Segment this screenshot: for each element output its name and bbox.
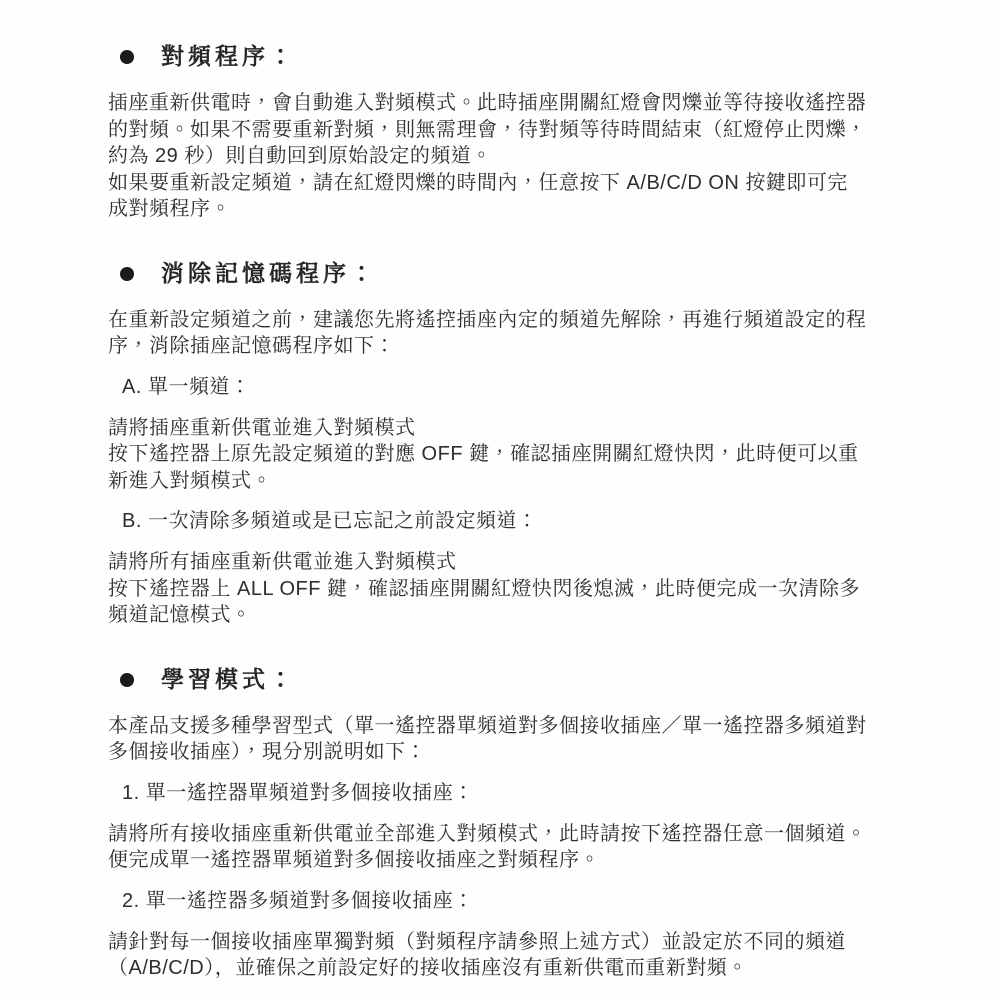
section-title: 學習模式： xyxy=(161,665,296,695)
subsection-body-b: 請將所有插座重新供電並進入對頻模式 按下遙控器上 ALL OFF 鍵，確認插座開… xyxy=(108,549,908,629)
body-line: 多個接收插座），現分別説明如下： xyxy=(108,739,908,766)
body-line: 約為 29 秒）則自動回到原始設定的頻道。 xyxy=(108,143,908,170)
body-line: 插座重新供電時，會自動進入對頻模式。此時插座開關紅燈會閃爍並等待接收遙控器 xyxy=(108,90,908,117)
subsection-body-1: 請將所有接收插座重新供電並全部進入對頻模式，此時請按下遙控器任意一個頻道。 便完… xyxy=(108,821,908,874)
section-pairing-procedure: 對頻程序： 插座重新供電時，會自動進入對頻模式。此時插座開關紅燈會閃爍並等待接收… xyxy=(108,42,908,223)
bullet-icon xyxy=(120,673,134,687)
subsection-label-a: A. 單一頻道： xyxy=(108,374,908,400)
section-intro: 在重新設定頻道之前，建議您先將遙控插座內定的頻道先解除，再進行頻道設定的程 序，… xyxy=(108,307,908,360)
section-heading-row: 消除記憶碼程序： xyxy=(120,259,908,289)
body-line: 便完成單一遙控器單頻道對多個接收插座之對頻程序。 xyxy=(108,847,908,874)
body-line: 本產品支援多種學習型式（單一遙控器單頻道對多個接收插座／單一遙控器多頻道對 xyxy=(108,713,908,740)
body-line: 按下遙控器上原先設定頻道的對應 OFF 鍵，確認插座開關紅燈快閃，此時便可以重 xyxy=(108,441,908,468)
body-line: 請將所有插座重新供電並進入對頻模式 xyxy=(108,549,908,576)
section-title: 消除記憶碼程序： xyxy=(161,259,377,289)
subsection-body-a: 請將插座重新供電並進入對頻模式 按下遙控器上原先設定頻道的對應 OFF 鍵，確認… xyxy=(108,415,908,495)
body-line: 的對頻。如果不需要重新對頻，則無需理會，待對頻等待時間結束（紅燈停止閃爍， xyxy=(108,117,908,144)
body-line: 請針對每一個接收插座單獨對頻（對頻程序請參照上述方式）並設定於不同的頻道 xyxy=(108,929,908,956)
bullet-icon xyxy=(120,50,134,64)
body-line: 成對頻程序。 xyxy=(108,196,908,223)
body-line: 請將插座重新供電並進入對頻模式 xyxy=(108,415,908,442)
section-intro: 本產品支援多種學習型式（單一遙控器單頻道對多個接收插座／單一遙控器多頻道對 多個… xyxy=(108,713,908,766)
body-line: 序，消除插座記憶碼程序如下： xyxy=(108,333,908,360)
section-body: 插座重新供電時，會自動進入對頻模式。此時插座開關紅燈會閃爍並等待接收遙控器 的對… xyxy=(108,90,908,223)
subsection-label-b: B. 一次清除多頻道或是已忘記之前設定頻道： xyxy=(108,508,908,534)
document-page: 對頻程序： 插座重新供電時，會自動進入對頻模式。此時插座開關紅燈會閃爍並等待接收… xyxy=(0,0,1000,1000)
body-line: 頻道記憶模式。 xyxy=(108,602,908,629)
body-line: （A/B/C/D），並確保之前設定好的接收插座沒有重新供電而重新對頻。 xyxy=(108,955,908,982)
section-heading-row: 對頻程序： xyxy=(120,42,908,72)
section-learning-mode: 學習模式： 本產品支援多種學習型式（單一遙控器單頻道對多個接收插座／單一遙控器多… xyxy=(108,665,908,982)
body-line: 如果要重新設定頻道，請在紅燈閃爍的時間內，任意按下 A/B/C/D ON 按鍵即… xyxy=(108,170,908,197)
bullet-icon xyxy=(120,267,134,281)
body-line: 按下遙控器上 ALL OFF 鍵，確認插座開關紅燈快閃後熄滅，此時便完成一次清除… xyxy=(108,576,908,603)
subsection-body-2: 請針對每一個接收插座單獨對頻（對頻程序請參照上述方式）並設定於不同的頻道 （A/… xyxy=(108,929,908,982)
body-line: 請將所有接收插座重新供電並全部進入對頻模式，此時請按下遙控器任意一個頻道。 xyxy=(108,821,908,848)
subsection-label-2: 2. 單一遙控器多頻道對多個接收插座： xyxy=(108,888,908,914)
section-clear-memory-procedure: 消除記憶碼程序： 在重新設定頻道之前，建議您先將遙控插座內定的頻道先解除，再進行… xyxy=(108,259,908,629)
body-line: 新進入對頻模式。 xyxy=(108,468,908,495)
body-line: 在重新設定頻道之前，建議您先將遙控插座內定的頻道先解除，再進行頻道設定的程 xyxy=(108,307,908,334)
section-heading-row: 學習模式： xyxy=(120,665,908,695)
subsection-label-1: 1. 單一遙控器單頻道對多個接收插座： xyxy=(108,780,908,806)
section-title: 對頻程序： xyxy=(161,42,296,72)
